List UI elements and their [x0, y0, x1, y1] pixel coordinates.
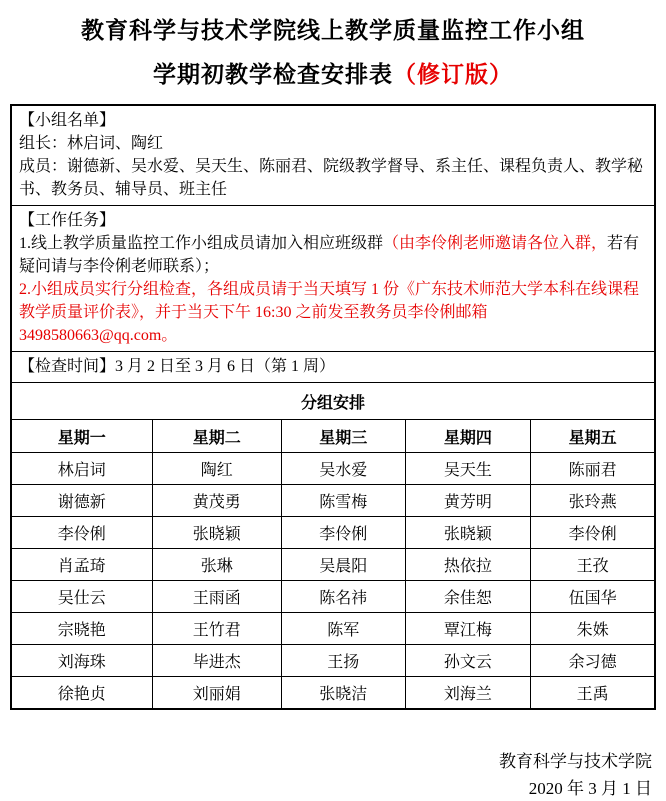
- check-time-label: 【检查时间】: [19, 358, 115, 375]
- name-cell: 张玲燕: [531, 485, 655, 517]
- signature-block: 教育科学与技术学院 2020 年 3 月 1 日: [0, 748, 666, 801]
- check-time-row: 【检查时间】3 月 2 日至 3 月 6 日（第 1 周）: [11, 352, 655, 383]
- col-header-tuesday: 星期二: [152, 420, 281, 453]
- name-cell: 陈军: [281, 613, 405, 645]
- task-item-2: 2.小组成员实行分组检查，各组成员请于当天填写 1 份《广东技术师范大学本科在线…: [19, 278, 647, 347]
- table-row: 宗晓艳 王竹君 陈军 覃江梅 朱姝: [11, 613, 655, 645]
- name-cell: 刘海珠: [11, 645, 152, 677]
- table-row: 李伶俐 张晓颖 李伶俐 张晓颖 李伶俐: [11, 517, 655, 549]
- name-cell: 热依拉: [405, 549, 531, 581]
- document-header: 教育科学与技术学院线上教学质量监控工作小组 学期初教学检查安排表（修订版）: [0, 0, 666, 90]
- name-cell: 余佳恕: [405, 581, 531, 613]
- col-header-thursday: 星期四: [405, 420, 531, 453]
- name-cell: 王孜: [531, 549, 655, 581]
- name-cell: 黄芳明: [405, 485, 531, 517]
- name-cell: 吴晨阳: [281, 549, 405, 581]
- signature-org: 教育科学与技术学院: [0, 748, 652, 775]
- roster-members-line: 成员：谢德新、吴水爱、吴天生、陈丽君、院级教学督导、系主任、课程负责人、教学秘书…: [19, 155, 647, 201]
- name-cell: 刘海兰: [405, 677, 531, 710]
- group-schedule-title: 分组安排: [11, 383, 655, 420]
- name-cell: 吴水爱: [281, 453, 405, 485]
- document-title: 教育科学与技术学院线上教学质量监控工作小组: [0, 16, 666, 46]
- name-cell: 李伶俐: [531, 517, 655, 549]
- roster-leader-line: 组长：林启词、陶红: [19, 132, 647, 155]
- name-cell: 陈名祎: [281, 581, 405, 613]
- name-cell: 覃江梅: [405, 613, 531, 645]
- name-cell: 陈丽君: [531, 453, 655, 485]
- name-cell: 吴仕云: [11, 581, 152, 613]
- check-time-section: 【检查时间】3 月 2 日至 3 月 6 日（第 1 周）: [11, 352, 655, 383]
- subtitle-revision-tag: （修订版）: [393, 62, 513, 87]
- table-row: 刘海珠 毕进杰 王扬 孙文云 余习德: [11, 645, 655, 677]
- name-cell: 黄茂勇: [152, 485, 281, 517]
- name-cell: 孙文云: [405, 645, 531, 677]
- name-cell: 张琳: [152, 549, 281, 581]
- name-cell: 王竹君: [152, 613, 281, 645]
- weekday-header-row: 星期一 星期二 星期三 星期四 星期五: [11, 420, 655, 453]
- group-title-row: 分组安排: [11, 383, 655, 420]
- document-subtitle: 学期初教学检查安排表（修订版）: [0, 60, 666, 90]
- name-cell: 余习德: [531, 645, 655, 677]
- name-cell: 张晓颖: [405, 517, 531, 549]
- check-time-value: 3 月 2 日至 3 月 6 日（第 1 周）: [115, 358, 335, 375]
- col-header-wednesday: 星期三: [281, 420, 405, 453]
- document-page: 教育科学与技术学院线上教学质量监控工作小组 学期初教学检查安排表（修订版） 【小…: [0, 0, 666, 801]
- task1-text: 1.线上教学质量监控工作小组成员请加入相应班级群: [19, 235, 383, 252]
- name-cell: 王禹: [531, 677, 655, 710]
- roster-header: 【小组名单】: [19, 109, 647, 132]
- name-cell: 张晓颖: [152, 517, 281, 549]
- name-cell: 李伶俐: [11, 517, 152, 549]
- tasks-section: 【工作任务】 1.线上教学质量监控工作小组成员请加入相应班级群（由李伶俐老师邀请…: [11, 206, 655, 352]
- col-header-monday: 星期一: [11, 420, 152, 453]
- col-header-friday: 星期五: [531, 420, 655, 453]
- name-cell: 张晓洁: [281, 677, 405, 710]
- name-cell: 朱姝: [531, 613, 655, 645]
- name-cell: 徐艳贞: [11, 677, 152, 710]
- name-cell: 谢德新: [11, 485, 152, 517]
- tasks-header: 【工作任务】: [19, 209, 647, 232]
- table-row: 吴仕云 王雨函 陈名祎 余佳恕 伍国华: [11, 581, 655, 613]
- task1-note-red: （由李伶俐老师邀请各位入群，: [383, 235, 607, 252]
- name-cell: 王雨函: [152, 581, 281, 613]
- name-cell: 王扬: [281, 645, 405, 677]
- name-cell: 伍国华: [531, 581, 655, 613]
- name-cell: 陈雪梅: [281, 485, 405, 517]
- name-cell: 刘丽娟: [152, 677, 281, 710]
- table-row: 林启词 陶红 吴水爱 吴天生 陈丽君: [11, 453, 655, 485]
- subtitle-text: 学期初教学检查安排表: [153, 62, 393, 87]
- roster-section-row: 【小组名单】 组长：林启词、陶红 成员：谢德新、吴水爱、吴天生、陈丽君、院级教学…: [11, 105, 655, 206]
- name-cell: 吴天生: [405, 453, 531, 485]
- signature-date: 2020 年 3 月 1 日: [0, 775, 652, 801]
- name-cell: 陶红: [152, 453, 281, 485]
- roster-section: 【小组名单】 组长：林启词、陶红 成员：谢德新、吴水爱、吴天生、陈丽君、院级教学…: [11, 105, 655, 206]
- tasks-section-row: 【工作任务】 1.线上教学质量监控工作小组成员请加入相应班级群（由李伶俐老师邀请…: [11, 206, 655, 352]
- table-row: 肖孟琦 张琳 吴晨阳 热依拉 王孜: [11, 549, 655, 581]
- name-cell: 毕进杰: [152, 645, 281, 677]
- name-cell: 肖孟琦: [11, 549, 152, 581]
- name-cell: 李伶俐: [281, 517, 405, 549]
- name-cell: 林启词: [11, 453, 152, 485]
- name-cell: 宗晓艳: [11, 613, 152, 645]
- task-item-1: 1.线上教学质量监控工作小组成员请加入相应班级群（由李伶俐老师邀请各位入群，若有…: [19, 232, 647, 278]
- table-row: 徐艳贞 刘丽娟 张晓洁 刘海兰 王禹: [11, 677, 655, 710]
- inspection-schedule-table: 【小组名单】 组长：林启词、陶红 成员：谢德新、吴水爱、吴天生、陈丽君、院级教学…: [10, 104, 656, 710]
- table-row: 谢德新 黄茂勇 陈雪梅 黄芳明 张玲燕: [11, 485, 655, 517]
